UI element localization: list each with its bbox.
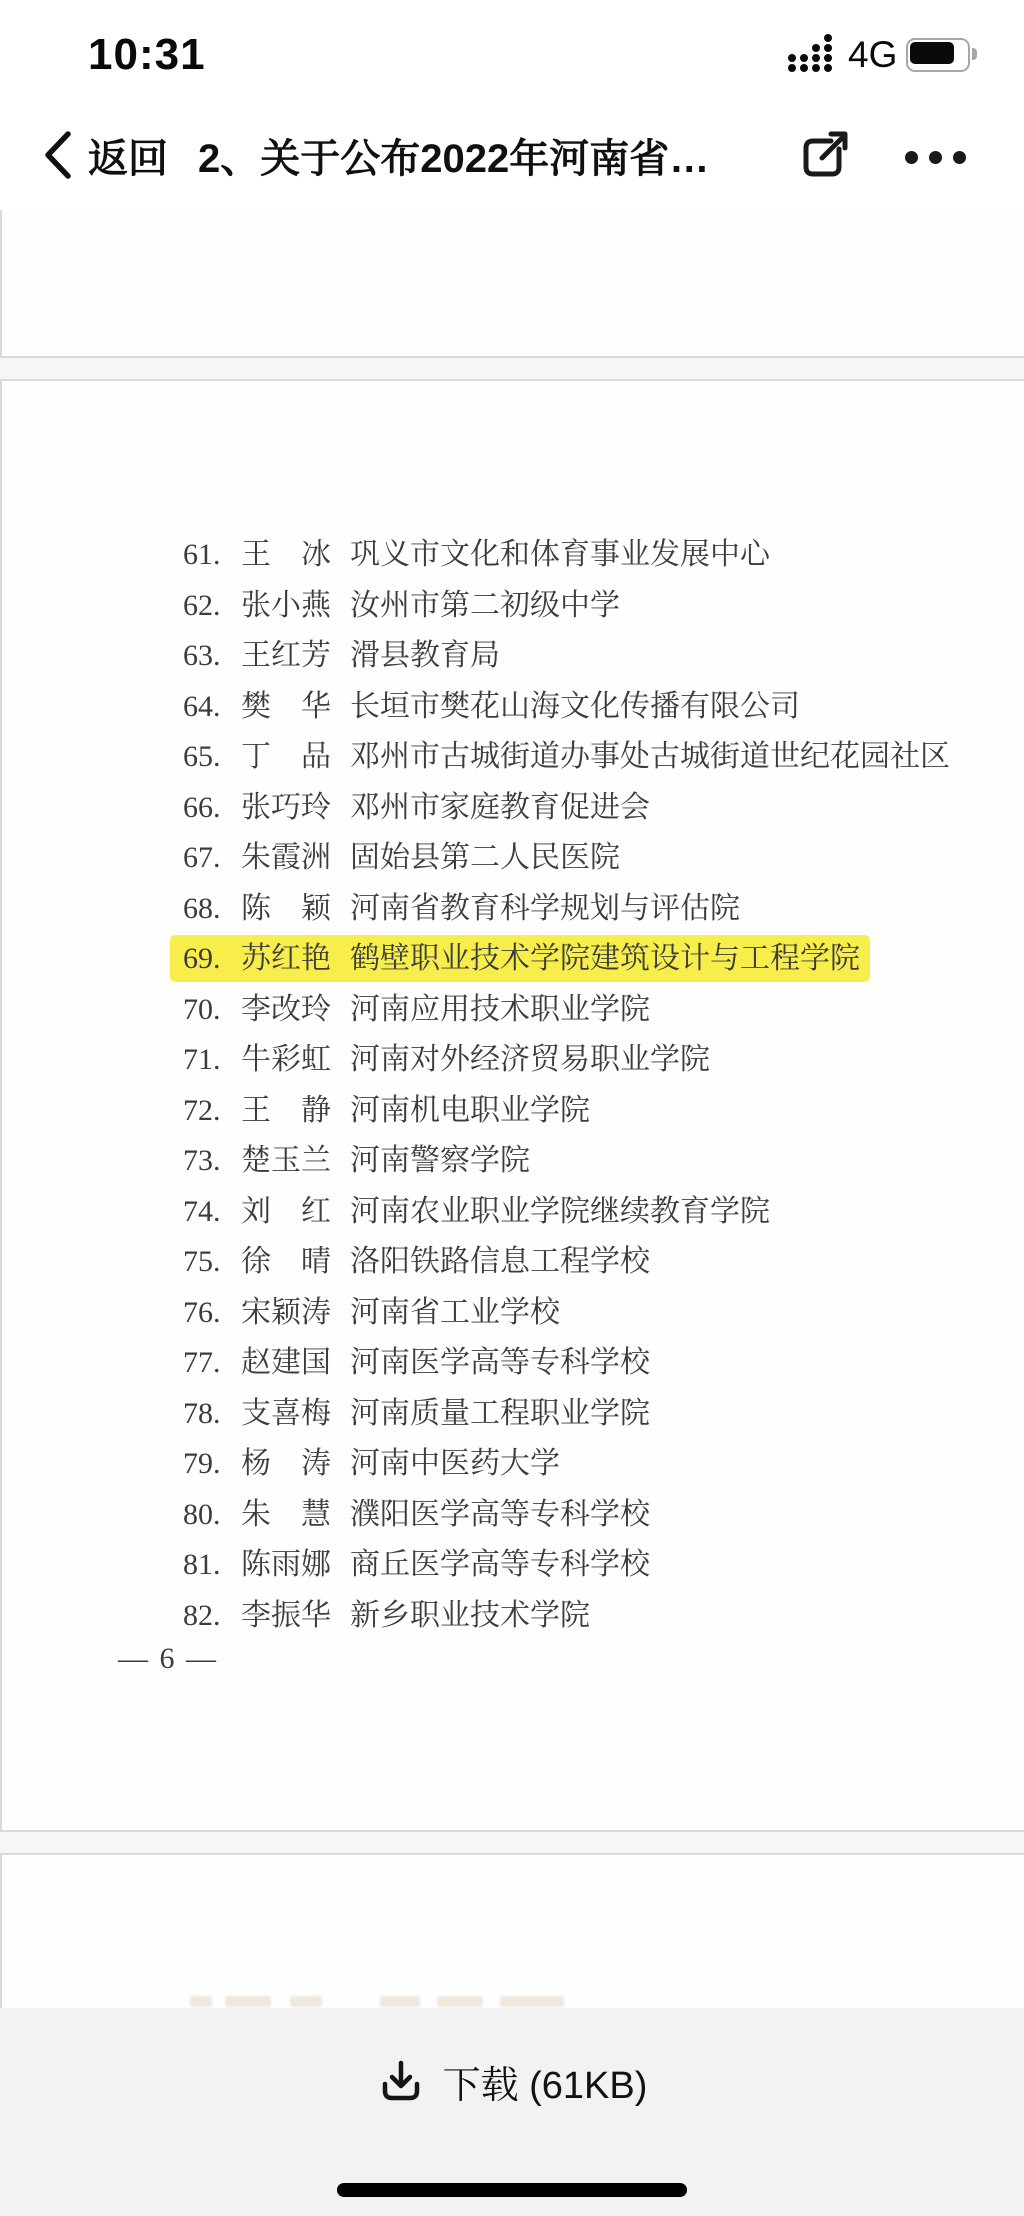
home-indicator[interactable]	[337, 2183, 687, 2197]
more-options-button[interactable]	[892, 134, 978, 180]
entry-name: 牛彩虹	[241, 1040, 331, 1080]
entry-number: 80.	[183, 1495, 221, 1535]
entry-name: 张小燕	[241, 586, 331, 626]
entry-organization: 河南应用技术职业学院	[350, 990, 650, 1030]
entry-name: 楚玉兰	[241, 1141, 331, 1181]
entry-organization: 河南质量工程职业学院	[350, 1394, 650, 1434]
entry-organization: 滑县教育局	[350, 636, 500, 676]
list-item: 66.张巧玲邓州市家庭教育促进会	[2, 788, 1022, 828]
entry-name: 樊 华	[241, 687, 331, 727]
share-open-icon	[795, 127, 853, 185]
list-item: 73.楚玉兰河南警察学院	[2, 1141, 1022, 1181]
list-item: 79.杨 涛河南中医药大学	[2, 1444, 1022, 1484]
entry-number: 73.	[183, 1141, 221, 1181]
entry-number: 68.	[183, 889, 221, 929]
entry-organization: 濮阳医学高等专科学校	[350, 1495, 650, 1535]
entry-number: 76.	[183, 1293, 221, 1333]
list-item: 75.徐 晴洛阳铁路信息工程学校	[2, 1242, 1022, 1282]
list-item: 78.支喜梅河南质量工程职业学院	[2, 1394, 1022, 1434]
list-item: 81.陈雨娜商丘医学高等专科学校	[2, 1545, 1022, 1585]
entry-name: 朱 慧	[241, 1495, 331, 1535]
entry-organization: 河南对外经济贸易职业学院	[350, 1040, 710, 1080]
entry-number: 62.	[183, 586, 221, 626]
entry-number: 61.	[183, 535, 221, 575]
chevron-left-icon	[40, 130, 74, 180]
entry-name: 王 冰	[241, 535, 331, 575]
status-bar: 10:31 4G	[0, 0, 1024, 100]
entry-organization: 河南机电职业学院	[350, 1091, 590, 1131]
list-item: 65.丁 品邓州市古城街道办事处古城街道世纪花园社区	[2, 737, 1022, 777]
list-item: 64.樊 华长垣市樊花山海文化传播有限公司	[2, 687, 1022, 727]
list-item: 70.李改玲河南应用技术职业学院	[2, 990, 1022, 1030]
entry-organization: 新乡职业技术学院	[350, 1596, 590, 1636]
entry-number: 74.	[183, 1192, 221, 1232]
list-item: 80.朱 慧濮阳医学高等专科学校	[2, 1495, 1022, 1535]
entry-number: 72.	[183, 1091, 221, 1131]
entry-number: 81.	[183, 1545, 221, 1585]
entry-organization: 固始县第二人民医院	[350, 838, 620, 878]
entry-name: 丁 品	[241, 737, 331, 777]
entry-organization: 河南省工业学校	[350, 1293, 560, 1333]
back-button[interactable]: 返回	[40, 100, 168, 210]
entry-number: 65.	[183, 737, 221, 777]
entry-number: 66.	[183, 788, 221, 828]
ellipsis-icon	[905, 151, 918, 164]
entry-organization: 汝州市第二初级中学	[350, 586, 620, 626]
entry-name: 王 静	[241, 1091, 331, 1131]
entry-number: 69.	[183, 939, 221, 979]
entry-name: 支喜梅	[241, 1394, 331, 1434]
entry-name: 宋颖涛	[241, 1293, 331, 1333]
entry-organization: 河南医学高等专科学校	[350, 1343, 650, 1383]
list-item: 77.赵建国河南医学高等专科学校	[2, 1343, 1022, 1383]
list-item: 61.王 冰巩义市文化和体育事业发展中心	[2, 535, 1022, 575]
document-page-next	[0, 1853, 1024, 2009]
list-item: 74.刘 红河南农业职业学院继续教育学院	[2, 1192, 1022, 1232]
entry-name: 张巧玲	[241, 788, 331, 828]
download-button[interactable]: 下载 (61KB)	[262, 2038, 762, 2124]
entry-name: 杨 涛	[241, 1444, 331, 1484]
list-item: 71.牛彩虹河南对外经济贸易职业学院	[2, 1040, 1022, 1080]
entry-name: 李改玲	[241, 990, 331, 1030]
list-item: 68.陈 颖河南省教育科学规划与评估院	[2, 889, 1022, 929]
entry-organization: 邓州市家庭教育促进会	[350, 788, 650, 828]
entry-number: 75.	[183, 1242, 221, 1282]
download-icon	[377, 2057, 425, 2105]
entry-organization: 河南省教育科学规划与评估院	[350, 889, 740, 929]
entry-name: 王红芳	[241, 636, 331, 676]
entry-organization: 商丘医学高等专科学校	[350, 1545, 650, 1585]
share-button[interactable]	[792, 124, 856, 188]
list-item: 67.朱霞洲固始县第二人民医院	[2, 838, 1022, 878]
list-item: 76.宋颖涛河南省工业学校	[2, 1293, 1022, 1333]
clock: 10:31	[88, 30, 206, 80]
entry-number: 77.	[183, 1343, 221, 1383]
download-button-label: 下载 (61KB)	[443, 2054, 648, 2109]
entry-name: 徐 晴	[241, 1242, 331, 1282]
list-item: 82.李振华新乡职业技术学院	[2, 1596, 1022, 1636]
page-title: 2、关于公布2022年河南省…	[198, 100, 709, 210]
entry-organization: 河南警察学院	[350, 1141, 530, 1181]
page-number-label: — 6 —	[118, 1639, 218, 1679]
back-button-label: 返回	[88, 127, 168, 184]
entry-organization: 邓州市古城街道办事处古城街道世纪花园社区	[350, 737, 950, 777]
entry-organization: 长垣市樊花山海文化传播有限公司	[350, 687, 800, 727]
entry-organization: 鹤壁职业技术学院建筑设计与工程学院	[350, 939, 860, 979]
entry-number: 67.	[183, 838, 221, 878]
entry-organization: 河南农业职业学院继续教育学院	[350, 1192, 770, 1232]
entry-organization: 河南中医药大学	[350, 1444, 560, 1484]
entry-number: 63.	[183, 636, 221, 676]
entry-organization: 洛阳铁路信息工程学校	[350, 1242, 650, 1282]
entry-number: 78.	[183, 1394, 221, 1434]
cutoff-text-ghost	[190, 1996, 212, 2007]
document-page-6: 61.王 冰巩义市文化和体育事业发展中心62.张小燕汝州市第二初级中学63.王红…	[0, 379, 1024, 1832]
battery-icon	[906, 38, 980, 70]
list-item: 72.王 静河南机电职业学院	[2, 1091, 1022, 1131]
bottom-toolbar: 下载 (61KB)	[0, 2008, 1024, 2216]
entry-name: 陈雨娜	[241, 1545, 331, 1585]
entry-name: 赵建国	[241, 1343, 331, 1383]
entry-name: 陈 颖	[241, 889, 331, 929]
entry-number: 64.	[183, 687, 221, 727]
document-scroll-area[interactable]: 61.王 冰巩义市文化和体育事业发展中心62.张小燕汝州市第二初级中学63.王红…	[0, 210, 1024, 2008]
list-item: 69.苏红艳鹤壁职业技术学院建筑设计与工程学院	[2, 939, 1022, 979]
entry-organization: 巩义市文化和体育事业发展中心	[350, 535, 770, 575]
entry-name: 刘 红	[241, 1192, 331, 1232]
entry-number: 70.	[183, 990, 221, 1030]
list-item: 62.张小燕汝州市第二初级中学	[2, 586, 1022, 626]
document-page-previous	[0, 210, 1024, 358]
cellular-signal-icon	[788, 40, 834, 72]
entry-number: 71.	[183, 1040, 221, 1080]
network-type-label: 4G	[848, 34, 897, 76]
entry-name: 李振华	[241, 1596, 331, 1636]
entry-number: 82.	[183, 1596, 221, 1636]
entry-number: 79.	[183, 1444, 221, 1484]
entry-name: 朱霞洲	[241, 838, 331, 878]
nav-bar: 返回 2、关于公布2022年河南省…	[0, 100, 1024, 210]
entry-name: 苏红艳	[241, 939, 331, 979]
list-item: 63.王红芳滑县教育局	[2, 636, 1022, 676]
